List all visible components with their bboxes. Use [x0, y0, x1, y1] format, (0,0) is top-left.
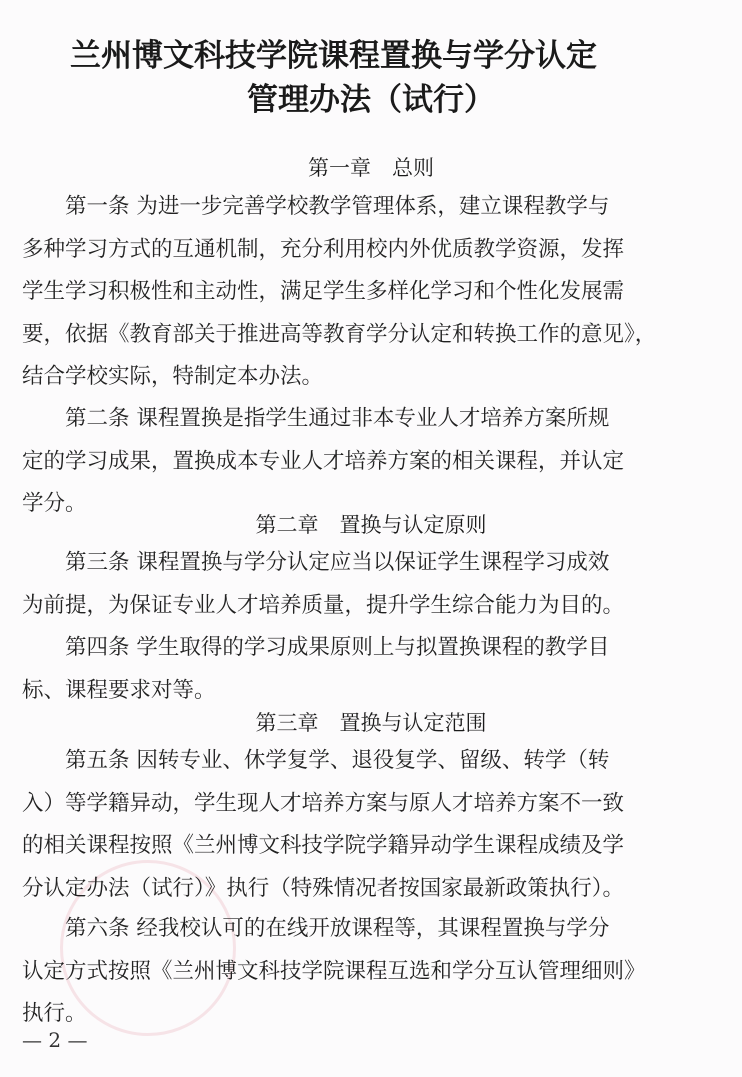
chapter-2-heading: 第二章 置换与认定原则 — [0, 509, 742, 539]
article-3-line: 第三条 课程置换与学分认定应当以保证学生课程学习成效 — [22, 542, 722, 585]
article-1-line: 学生学习积极性和主动性，满足学生多样化学习和个性化发展需 — [22, 271, 722, 314]
article-1: 第一条 为进一步完善学校教学管理体系，建立课程教学与 多种学习方式的互通机制，充… — [22, 186, 722, 399]
article-5-line: 的相关课程按照《兰州博文科技学院学籍异动学生课程成绩及学 — [22, 825, 722, 868]
article-1-line: 结合学校实际，特制定本办法。 — [22, 356, 722, 399]
article-3-line: 为前提，为保证专业人才培养质量，提升学生综合能力为目的。 — [22, 585, 722, 628]
article-6: 第六条 经我校认可的在线开放课程等，其课程置换与学分 认定方式按照《兰州博文科技… — [22, 908, 722, 1036]
article-5-line: 入）等学籍异动，学生现人才培养方案与原人才培养方案不一致 — [22, 783, 722, 826]
article-3: 第三条 课程置换与学分认定应当以保证学生课程学习成效 为前提，为保证专业人才培养… — [22, 542, 722, 627]
article-4-line: 标、课程要求对等。 — [22, 670, 722, 713]
article-4-line: 第四条 学生取得的学习成果原则上与拟置换课程的教学目 — [22, 627, 722, 670]
chapter-1-heading: 第一章 总则 — [0, 152, 742, 182]
chapter-3-heading: 第三章 置换与认定范围 — [0, 707, 742, 737]
article-5-line: 第五条 因转专业、休学复学、退役复学、留级、转学（转 — [22, 740, 722, 783]
article-6-line: 认定方式按照《兰州博文科技学院课程互选和学分互认管理细则》 — [22, 951, 722, 994]
article-2-line: 定的学习成果，置换成本专业人才培养方案的相关课程，并认定 — [22, 441, 722, 484]
article-1-line: 多种学习方式的互通机制，充分利用校内外优质教学资源，发挥 — [22, 229, 722, 272]
article-5: 第五条 因转专业、休学复学、退役复学、留级、转学（转 入）等学籍异动，学生现人才… — [22, 740, 722, 910]
document-title-line-2: 管理办法（试行） — [0, 74, 742, 119]
document-title-line-1: 兰州博文科技学院课程置换与学分认定 — [18, 30, 597, 75]
article-1-line: 要，依据《教育部关于推进高等教育学分认定和转换工作的意见》， — [22, 314, 722, 357]
article-1-line: 第一条 为进一步完善学校教学管理体系，建立课程教学与 — [22, 186, 722, 229]
article-5-line: 分认定办法（试行）》执行（特殊情况者按国家最新政策执行）。 — [22, 868, 722, 911]
article-2: 第二条 课程置换是指学生通过非本专业人才培养方案所规 定的学习成果，置换成本专业… — [22, 398, 722, 526]
article-6-line: 执行。 — [22, 993, 722, 1036]
article-4: 第四条 学生取得的学习成果原则上与拟置换课程的教学目 标、课程要求对等。 — [22, 627, 722, 712]
article-6-line: 第六条 经我校认可的在线开放课程等，其课程置换与学分 — [22, 908, 722, 951]
page-number: — 2 — — [22, 1028, 87, 1052]
article-2-line: 第二条 课程置换是指学生通过非本专业人才培养方案所规 — [22, 398, 722, 441]
